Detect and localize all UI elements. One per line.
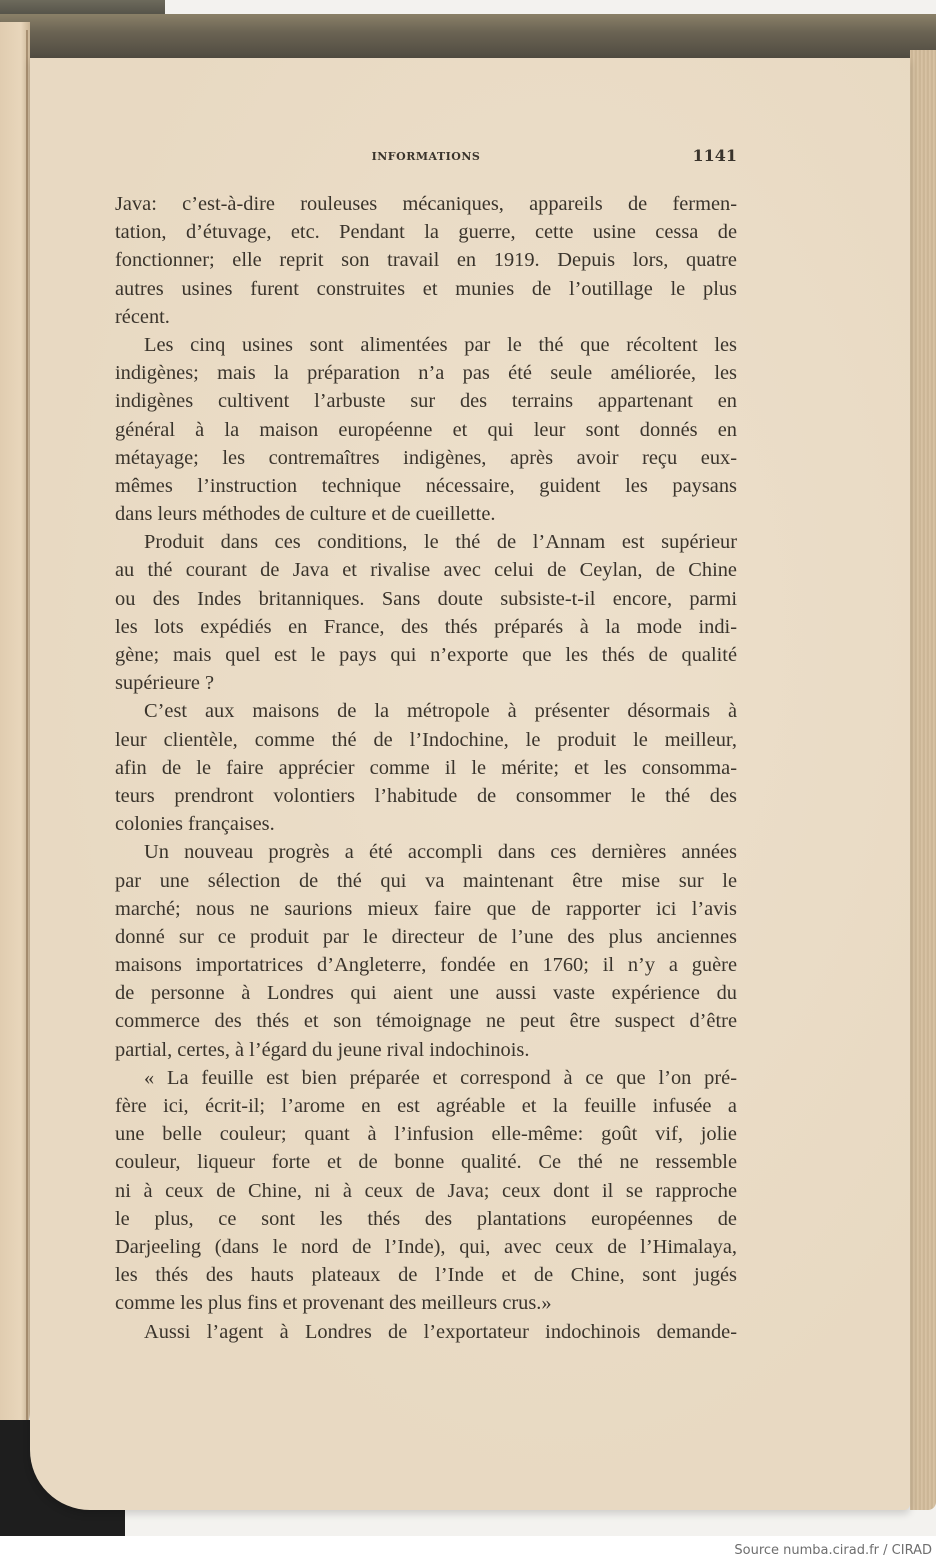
- page-number: 1141: [692, 146, 737, 165]
- text-line: tation, d’étuvage, etc. Pendant la guerr…: [115, 218, 737, 246]
- text-line: commerce des thés et son témoignage ne p…: [115, 1007, 737, 1035]
- text-line: afin de le faire apprécier comme il le m…: [115, 754, 737, 782]
- text-line: Un nouveau progrès a été accompli dans c…: [115, 838, 737, 866]
- page-edges-right: [910, 50, 936, 1510]
- text-line: « La feuille est bien préparée et corres…: [115, 1064, 737, 1092]
- text-line: dans leurs méthodes de culture et de cue…: [115, 500, 737, 528]
- text-line: C’est aux maisons de la métropole à prés…: [115, 697, 737, 725]
- paragraph: Produit dans ces conditions, le thé de l…: [115, 528, 737, 697]
- text-line: fère ici, écrit-il; l’arome en est agréa…: [115, 1092, 737, 1120]
- gutter-fold: [26, 30, 28, 1430]
- page-header: INFORMATIONS 1141: [115, 146, 737, 168]
- paragraph: Les cinq usines sont alimentées par le t…: [115, 331, 737, 528]
- scanned-book-photo: INFORMATIONS 1141 Java: c’est-à-dire rou…: [0, 0, 936, 1536]
- text-line: métayage; les contremaîtres indigènes, a…: [115, 444, 737, 472]
- page-body: Java: c’est-à-dire rouleuses mécaniques,…: [115, 190, 737, 1346]
- source-credit: Source numba.cirad.fr / CIRAD: [734, 1543, 932, 1558]
- text-line: ni à ceux de Chine, ni à ceux de Java; c…: [115, 1177, 737, 1205]
- text-line: marché; nous ne saurions mieux faire que…: [115, 895, 737, 923]
- paragraph: Java: c’est-à-dire rouleuses mécaniques,…: [115, 190, 737, 331]
- text-line: Darjeeling (dans le nord de l’Inde), qui…: [115, 1233, 737, 1261]
- paragraph: Un nouveau progrès a été accompli dans c…: [115, 838, 737, 1064]
- text-line: couleur, liqueur forte et de bonne quali…: [115, 1148, 737, 1176]
- text-line: indigènes cultivent l’arbuste sur des te…: [115, 387, 737, 415]
- text-line: Aussi l’agent à Londres de l’exportateur…: [115, 1318, 737, 1346]
- text-line: leur clientèle, comme thé de l’Indochine…: [115, 726, 737, 754]
- text-line: partial, certes, à l’égard du jeune riva…: [115, 1036, 737, 1064]
- text-line: maisons importatrices d’Angleterre, fond…: [115, 951, 737, 979]
- text-line: général à la maison européenne et qui le…: [115, 416, 737, 444]
- text-line: le plus, ce sont les thés des plantation…: [115, 1205, 737, 1233]
- text-line: gène; mais quel est le pays qui n’export…: [115, 641, 737, 669]
- text-line: Produit dans ces conditions, le thé de l…: [115, 528, 737, 556]
- paragraph: Aussi l’agent à Londres de l’exportateur…: [115, 1318, 737, 1346]
- running-title: INFORMATIONS: [115, 150, 737, 163]
- text-line: de personne à Londres qui aient une auss…: [115, 979, 737, 1007]
- text-line: une belle couleur; quant à l’infusion el…: [115, 1120, 737, 1148]
- text-line: indigènes; mais la préparation n’a pas é…: [115, 359, 737, 387]
- page-edges-top: [0, 14, 936, 60]
- text-line: récent.: [115, 303, 737, 331]
- text-line: au thé courant de Java et rivalise avec …: [115, 556, 737, 584]
- text-line: mêmes l’instruction technique nécessaire…: [115, 472, 737, 500]
- text-line: les thés des hauts plateaux de l’Inde et…: [115, 1261, 737, 1289]
- text-line: colonies françaises.: [115, 810, 737, 838]
- text-line: comme les plus fins et provenant des mei…: [115, 1289, 737, 1317]
- text-line: autres usines furent construites et muni…: [115, 275, 737, 303]
- text-line: Les cinq usines sont alimentées par le t…: [115, 331, 737, 359]
- text-line: donné sur ce produit par le directeur de…: [115, 923, 737, 951]
- paragraph: C’est aux maisons de la métropole à prés…: [115, 697, 737, 838]
- text-line: teurs prendront volontiers l’habitude de…: [115, 782, 737, 810]
- text-line: fonctionner; elle reprit son travail en …: [115, 246, 737, 274]
- text-line: par une sélection de thé qui va maintena…: [115, 867, 737, 895]
- text-line: Java: c’est-à-dire rouleuses mécaniques,…: [115, 190, 737, 218]
- text-line: supérieure ?: [115, 669, 737, 697]
- text-line: ou des Indes britanniques. Sans doute su…: [115, 585, 737, 613]
- quotation-paragraph: « La feuille est bien préparée et corres…: [115, 1064, 737, 1318]
- text-line: les lots expédiés en France, des thés pr…: [115, 613, 737, 641]
